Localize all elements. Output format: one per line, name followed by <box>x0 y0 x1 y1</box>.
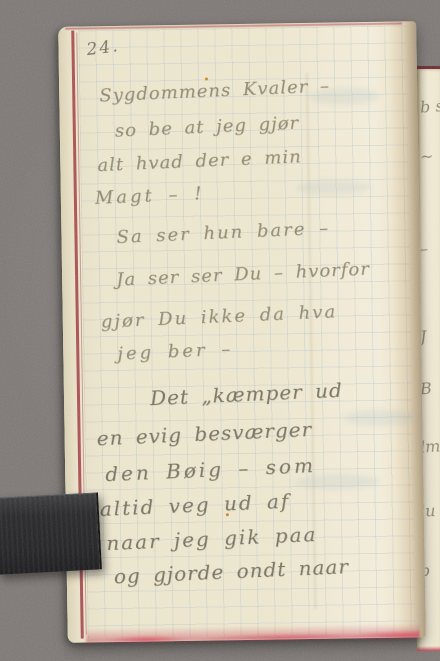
handwritten-line: Det „kæmper ud <box>150 378 344 410</box>
handwritten-text-block: Sygdommens Kvaler – so be at jeg gjør al… <box>58 21 426 643</box>
handwritten-line: den Bøig – som <box>105 453 317 486</box>
handwritten-line: naar jeg gik paa <box>106 522 318 555</box>
book-holder-clamp <box>0 492 102 574</box>
handwriting-fragment: ~ <box>419 147 434 167</box>
handwritten-line: jeg ber – <box>117 339 234 365</box>
handwriting-fragment: – <box>419 239 428 259</box>
handwritten-line: Sa ser hun bare – <box>116 218 330 248</box>
notebook-page: 24. Sygdommens Kvaler – so be at jeg gjø… <box>58 21 426 643</box>
handwritten-line: alt hvad der e min <box>97 146 302 176</box>
handwritten-line: en evig besværger <box>96 417 312 450</box>
handwriting-fragment: b s <box>419 96 440 117</box>
handwritten-line: Sygdommens Kvaler – <box>99 75 331 106</box>
handwritten-line: so be at jeg gjør <box>114 113 299 142</box>
handwritten-line: gjør Du ikke da hva <box>100 301 337 332</box>
handwritten-line: Magt – ! <box>94 183 204 209</box>
handwritten-line: altid veg ud af <box>99 489 290 521</box>
handwritten-line: og gjorde ondt naar <box>113 554 349 588</box>
handwritten-line: Ja ser ser Du – hvorfor <box>116 258 371 290</box>
photograph-of-notebook: b s ~ – J B lm lu k b 24. Sygdommens Kva… <box>0 0 440 661</box>
